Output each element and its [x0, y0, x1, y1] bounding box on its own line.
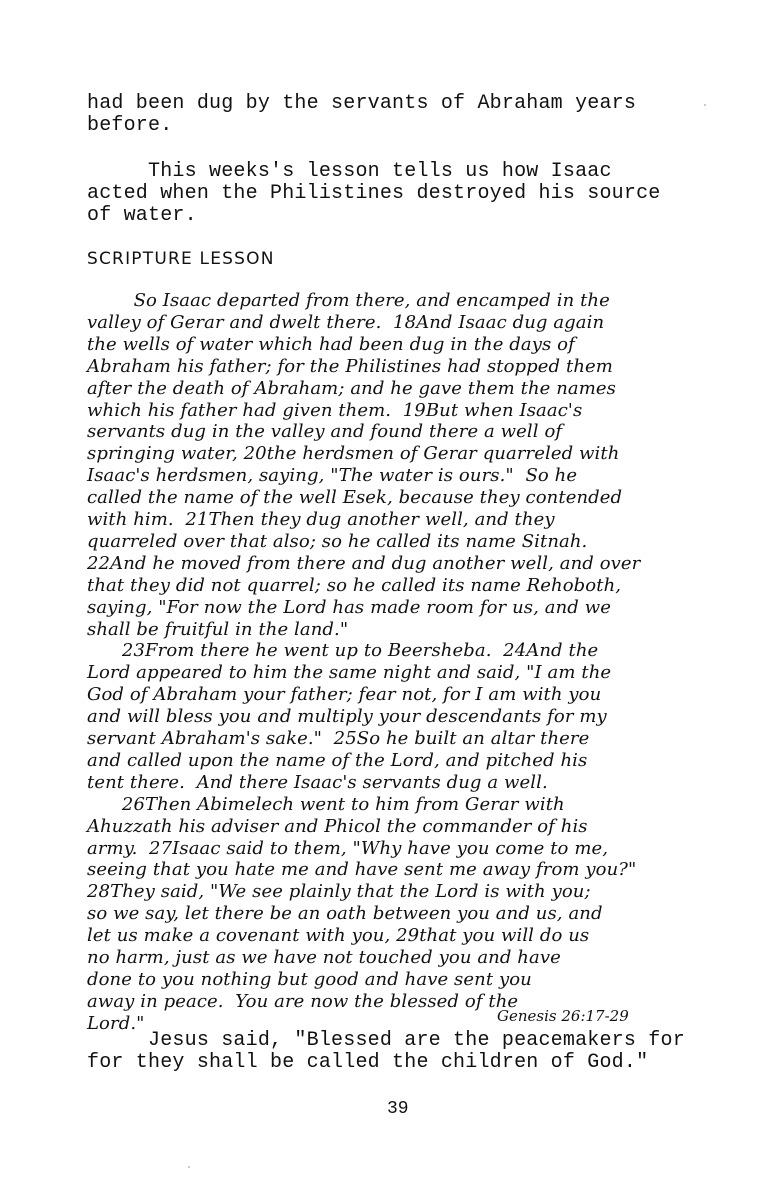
scripture-line: Lord appeared to him the same night and …	[87, 664, 611, 682]
scripture-line: quarreled over that also; so he called i…	[87, 533, 587, 551]
scripture-line: away in peace. You are now the blessed o…	[87, 993, 518, 1011]
scripture-line: no harm, just as we have not touched you…	[87, 949, 561, 967]
scripture-line: with him. 21Then they dug another well, …	[87, 511, 555, 529]
document-page: had been dug by the servants of Abraham …	[0, 0, 774, 1183]
page-number: 39	[387, 1100, 409, 1118]
scripture-line: called the name of the well Esek, becaus…	[87, 489, 622, 507]
scripture-line: done to you nothing but good and have se…	[87, 971, 532, 989]
scripture-line: 26Then Abimelech went to him from Gerar …	[87, 796, 565, 814]
scripture-line: 28They said, "We see plainly that the Lo…	[87, 883, 591, 901]
scripture-line: servant Abraham's sake." 25So he built a…	[87, 730, 589, 748]
scripture-line: God of Abraham your father; fear not, fo…	[87, 686, 601, 704]
scripture-line: saying, "For now the Lord has made room …	[87, 599, 611, 617]
scripture-line: Abraham his father; for the Philistines …	[87, 358, 613, 376]
scripture-line: which his father had given them. 19But w…	[87, 402, 582, 420]
scripture-line: 22And he moved from there and dug anothe…	[87, 555, 640, 573]
scripture-line: after the death of Abraham; and he gave …	[87, 380, 616, 398]
lesson-intro-line-2: acted when the Philistines destroyed his…	[87, 184, 661, 204]
scan-speck	[704, 104, 706, 106]
scripture-line: servants dug in the valley and found the…	[87, 423, 562, 441]
scripture-line: army. 27Isaac said to them, "Why have yo…	[87, 840, 608, 858]
intro-line-1: had been dug by the servants of Abraham …	[87, 94, 687, 114]
scripture-line: and called upon the name of the Lord, an…	[87, 752, 587, 770]
intro-line-2: before.	[87, 116, 172, 136]
scripture-line: the wells of water which had been dug in…	[87, 336, 575, 354]
scripture-line: springing water, 20the herdsmen of Gerar…	[87, 445, 619, 463]
scripture-line: so we say, let there be an oath between …	[87, 905, 603, 923]
scripture-line: that they did not quarrel; so he called …	[87, 577, 621, 595]
scripture-line: Isaac's herdsmen, saying, "The water is …	[87, 467, 577, 485]
scripture-line: valley of Gerar and dwelt there. 18And I…	[87, 314, 604, 332]
scripture-line: So Isaac departed from there, and encamp…	[87, 292, 610, 310]
scripture-line: Ahuzzath his adviser and Phicol the comm…	[87, 818, 588, 836]
lesson-intro-line-1: This weeks's lesson tells us how Isaac	[87, 162, 612, 182]
scripture-line: 23From there he went up to Beersheba. 24…	[87, 642, 598, 660]
scripture-line: seeing that you hate me and have sent me…	[87, 861, 636, 879]
closing-line-2: for they shall be called the children of…	[87, 1053, 648, 1073]
scripture-reference: Genesis 26:17-29	[497, 1009, 629, 1024]
scripture-line: and will bless you and multiply your des…	[87, 708, 607, 726]
lesson-intro-line-3: of water.	[87, 206, 197, 226]
closing-line-1: Jesus said, "Blessed are the peacemakers…	[87, 1031, 685, 1051]
scan-speck	[188, 1166, 190, 1168]
scripture-line: let us make a covenant with you, 29that …	[87, 927, 589, 945]
scripture-line: tent there. And there Isaac's servants d…	[87, 774, 548, 792]
section-heading: SCRIPTURE LESSON	[87, 251, 275, 268]
scripture-line: shall be fruitful in the land."	[87, 621, 348, 639]
